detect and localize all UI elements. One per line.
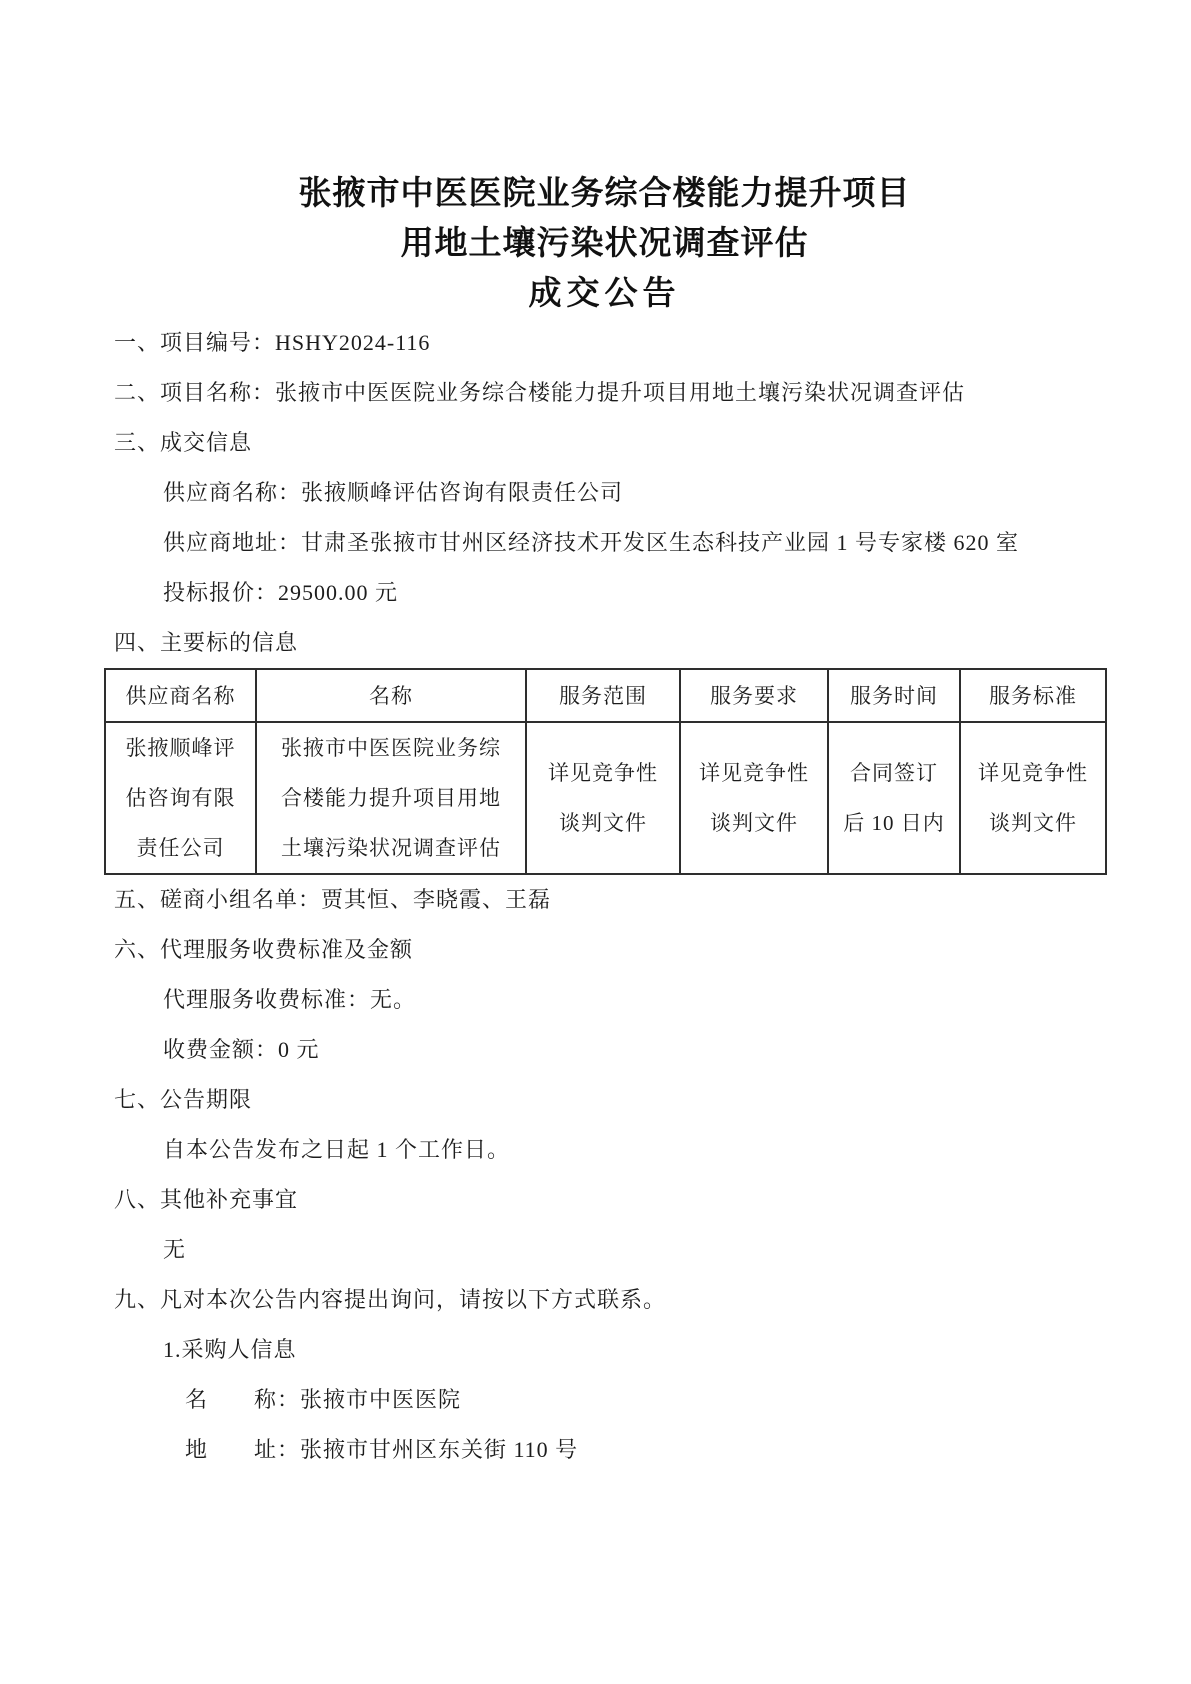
th-service-requirement: 服务要求 [680,669,828,722]
th-service-standard: 服务标准 [960,669,1106,722]
other-matters-none-line: 无 [104,1225,1105,1275]
announcement-page: 张掖市中医医院业务综合楼能力提升项目 用地土壤污染状况调查评估 成交公告 一、项… [0,0,1191,1684]
td-service-standard: 详见竞争性 谈判文件 [960,722,1106,874]
td-service-requirement: 详见竞争性 谈判文件 [680,722,828,874]
th-supplier-name: 供应商名称 [105,669,256,722]
purchaser-name-line: 名 称：张掖市中医医院 [104,1375,1105,1425]
purchaser-address-line: 地 址：张掖市甘州区东关街 110 号 [104,1425,1105,1475]
item-4-main-subject-heading: 四、主要标的信息 [104,618,1105,668]
table-row: 张掖顺峰评 估咨询有限 责任公司 张掖市中医医院业务综 合楼能力提升项目用地 土… [105,722,1106,874]
supplier-address-line: 供应商地址：甘肃圣张掖市甘州区经济技术开发区生态科技产业园 1 号专家楼 620… [104,518,1105,568]
td-supplier-name: 张掖顺峰评 估咨询有限 责任公司 [105,722,256,874]
th-service-time: 服务时间 [828,669,960,722]
purchaser-info-heading: 1.采购人信息 [104,1325,1105,1375]
item-1-project-number: 一、项目编号：HSHY2024-116 [104,318,1105,368]
doc-title-line-3: 成交公告 [104,268,1105,318]
td-service-scope: 详见竞争性 谈判文件 [526,722,680,874]
th-service-scope: 服务范围 [526,669,680,722]
item-2-project-name: 二、项目名称：张掖市中医医院业务综合楼能力提升项目用地土壤污染状况调查评估 [104,368,1105,418]
table-header-row: 供应商名称 名称 服务范围 服务要求 服务时间 服务标准 [105,669,1106,722]
item-7-announcement-period-heading: 七、公告期限 [104,1075,1105,1125]
item-8-other-matters-heading: 八、其他补充事宜 [104,1175,1105,1225]
document-title: 张掖市中医医院业务综合楼能力提升项目 用地土壤污染状况调查评估 成交公告 [104,168,1105,318]
td-service-time: 合同签订 后 10 日内 [828,722,960,874]
announcement-period-line: 自本公告发布之日起 1 个工作日。 [104,1125,1105,1175]
doc-title-line-2: 用地土壤污染状况调查评估 [104,218,1105,268]
td-name: 张掖市中医医院业务综 合楼能力提升项目用地 土壤污染状况调查评估 [256,722,526,874]
th-name: 名称 [256,669,526,722]
supplier-name-line: 供应商名称：张掖顺峰评估咨询有限责任公司 [104,468,1105,518]
agency-fee-standard-line: 代理服务收费标准：无。 [104,975,1105,1025]
bid-price-line: 投标报价：29500.00 元 [104,568,1105,618]
item-3-award-info-heading: 三、成交信息 [104,418,1105,468]
item-9-contact-intro: 九、凡对本次公告内容提出询问，请按以下方式联系。 [104,1275,1105,1325]
item-6-agency-fee-heading: 六、代理服务收费标准及金额 [104,925,1105,975]
doc-title-line-1: 张掖市中医医院业务综合楼能力提升项目 [104,168,1105,218]
item-5-negotiation-team: 五、磋商小组名单：贾其恒、李晓霞、王磊 [104,875,1105,925]
fee-amount-line: 收费金额：0 元 [104,1025,1105,1075]
bid-info-table: 供应商名称 名称 服务范围 服务要求 服务时间 服务标准 张掖顺峰评 估咨询有限… [104,668,1107,875]
